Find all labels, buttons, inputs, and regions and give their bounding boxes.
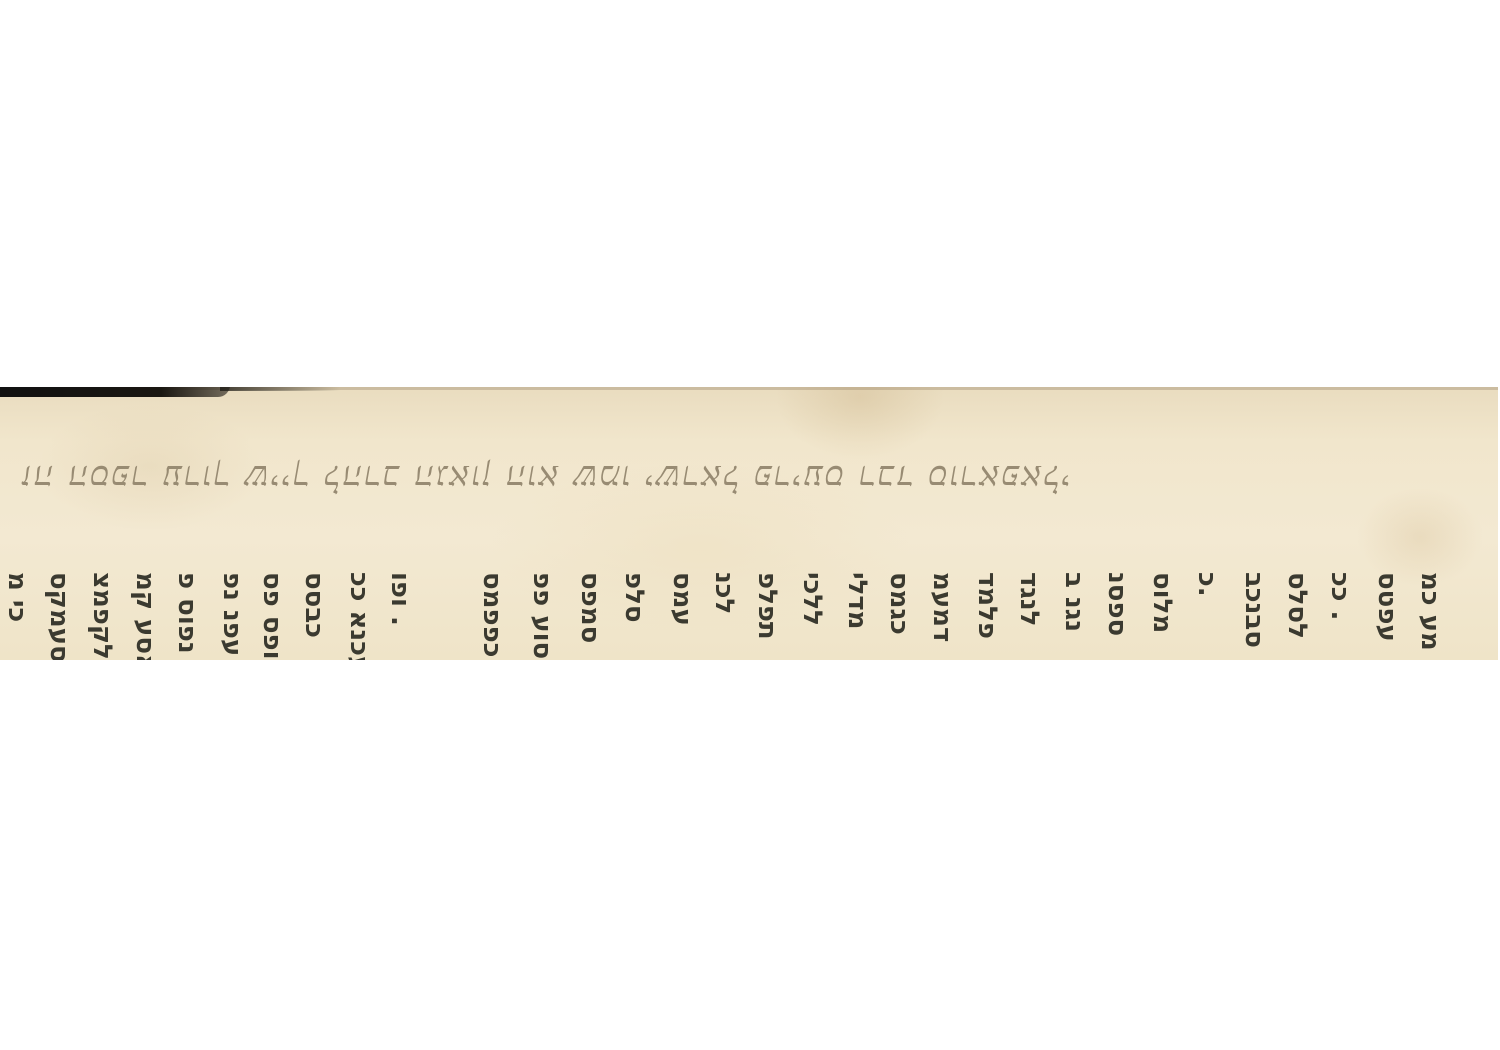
printed-line: עפנ נפ bbox=[217, 572, 247, 660]
printed-text-columns: כי מ סעמקס טלקפמצ אסע קמ נפוס פ עפנ נפ ו… bbox=[0, 572, 1498, 660]
printed-line: לסלס bbox=[1282, 572, 1312, 660]
dark-binding-edge-tail bbox=[220, 387, 340, 391]
printed-line: לכנ bbox=[709, 572, 739, 660]
printed-line: מדלי bbox=[842, 572, 872, 660]
page-strip: זה הספר ערוך שייך להרב הגאון הוא שמו ישר… bbox=[0, 387, 1498, 660]
handwritten-ownership-note: זה הספר ערוך שייך להרב הגאון הוא שמו ישר… bbox=[20, 407, 1480, 497]
printed-line: כגמס bbox=[884, 572, 914, 660]
printed-line: ספסנ bbox=[1102, 572, 1132, 660]
printed-line: כפפמס bbox=[477, 572, 507, 660]
printed-line: סלפ bbox=[619, 572, 649, 660]
printed-line: אסע קמ bbox=[130, 572, 160, 660]
printed-line: לנגד bbox=[1014, 572, 1044, 660]
printed-line: עפטס bbox=[1372, 572, 1402, 660]
printed-line: ועכנא ככ bbox=[344, 572, 374, 660]
printed-line: דמעמ bbox=[927, 572, 957, 660]
printed-line: ללכי bbox=[797, 572, 827, 660]
printed-line: כבסס bbox=[299, 572, 329, 660]
printed-line: פסוע פפ bbox=[527, 572, 557, 660]
printed-line: ופס פס bbox=[257, 572, 287, 660]
printed-line: פלמד bbox=[972, 572, 1002, 660]
printed-line: טלקפמצ bbox=[87, 572, 117, 660]
printed-line: כ. bbox=[1192, 572, 1222, 660]
printed-line: סמפס bbox=[575, 572, 605, 660]
printed-line: עמס bbox=[667, 572, 697, 660]
printed-line: מע כמ bbox=[1415, 572, 1445, 660]
printed-line: ופו . bbox=[385, 572, 415, 660]
dark-binding-edge bbox=[0, 387, 230, 397]
printed-line: סבנכב bbox=[1239, 572, 1269, 660]
printed-line: מלוס bbox=[1147, 572, 1177, 660]
printed-line: סעמקס bbox=[44, 572, 74, 660]
printed-line: תפלפ bbox=[752, 572, 782, 660]
printed-line: ככ . bbox=[1325, 572, 1355, 660]
printed-line: כי מ bbox=[2, 572, 32, 660]
printed-line: נפוס פ bbox=[172, 572, 202, 660]
printed-line: נגנ ב bbox=[1059, 572, 1089, 660]
